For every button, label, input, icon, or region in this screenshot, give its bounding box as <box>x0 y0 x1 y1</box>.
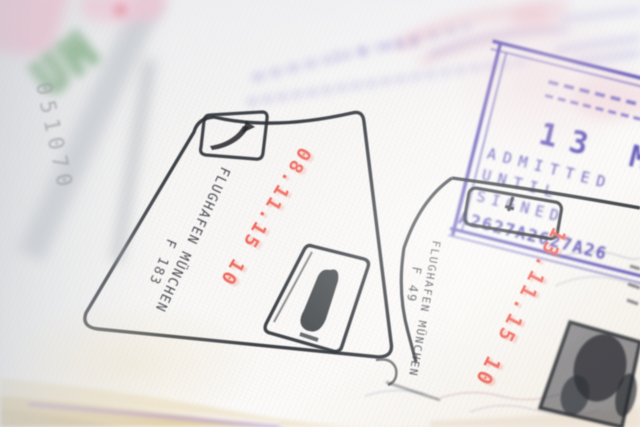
page-highlight <box>250 60 640 400</box>
warm-cast-bottomleft <box>0 300 260 427</box>
photo-canvas: 1 0 MAR 13 MA ADMITTED UNTIL SIGNED A262… <box>0 0 640 427</box>
passport-photo: 1 0 MAR 13 MA ADMITTED UNTIL SIGNED A262… <box>0 0 640 427</box>
